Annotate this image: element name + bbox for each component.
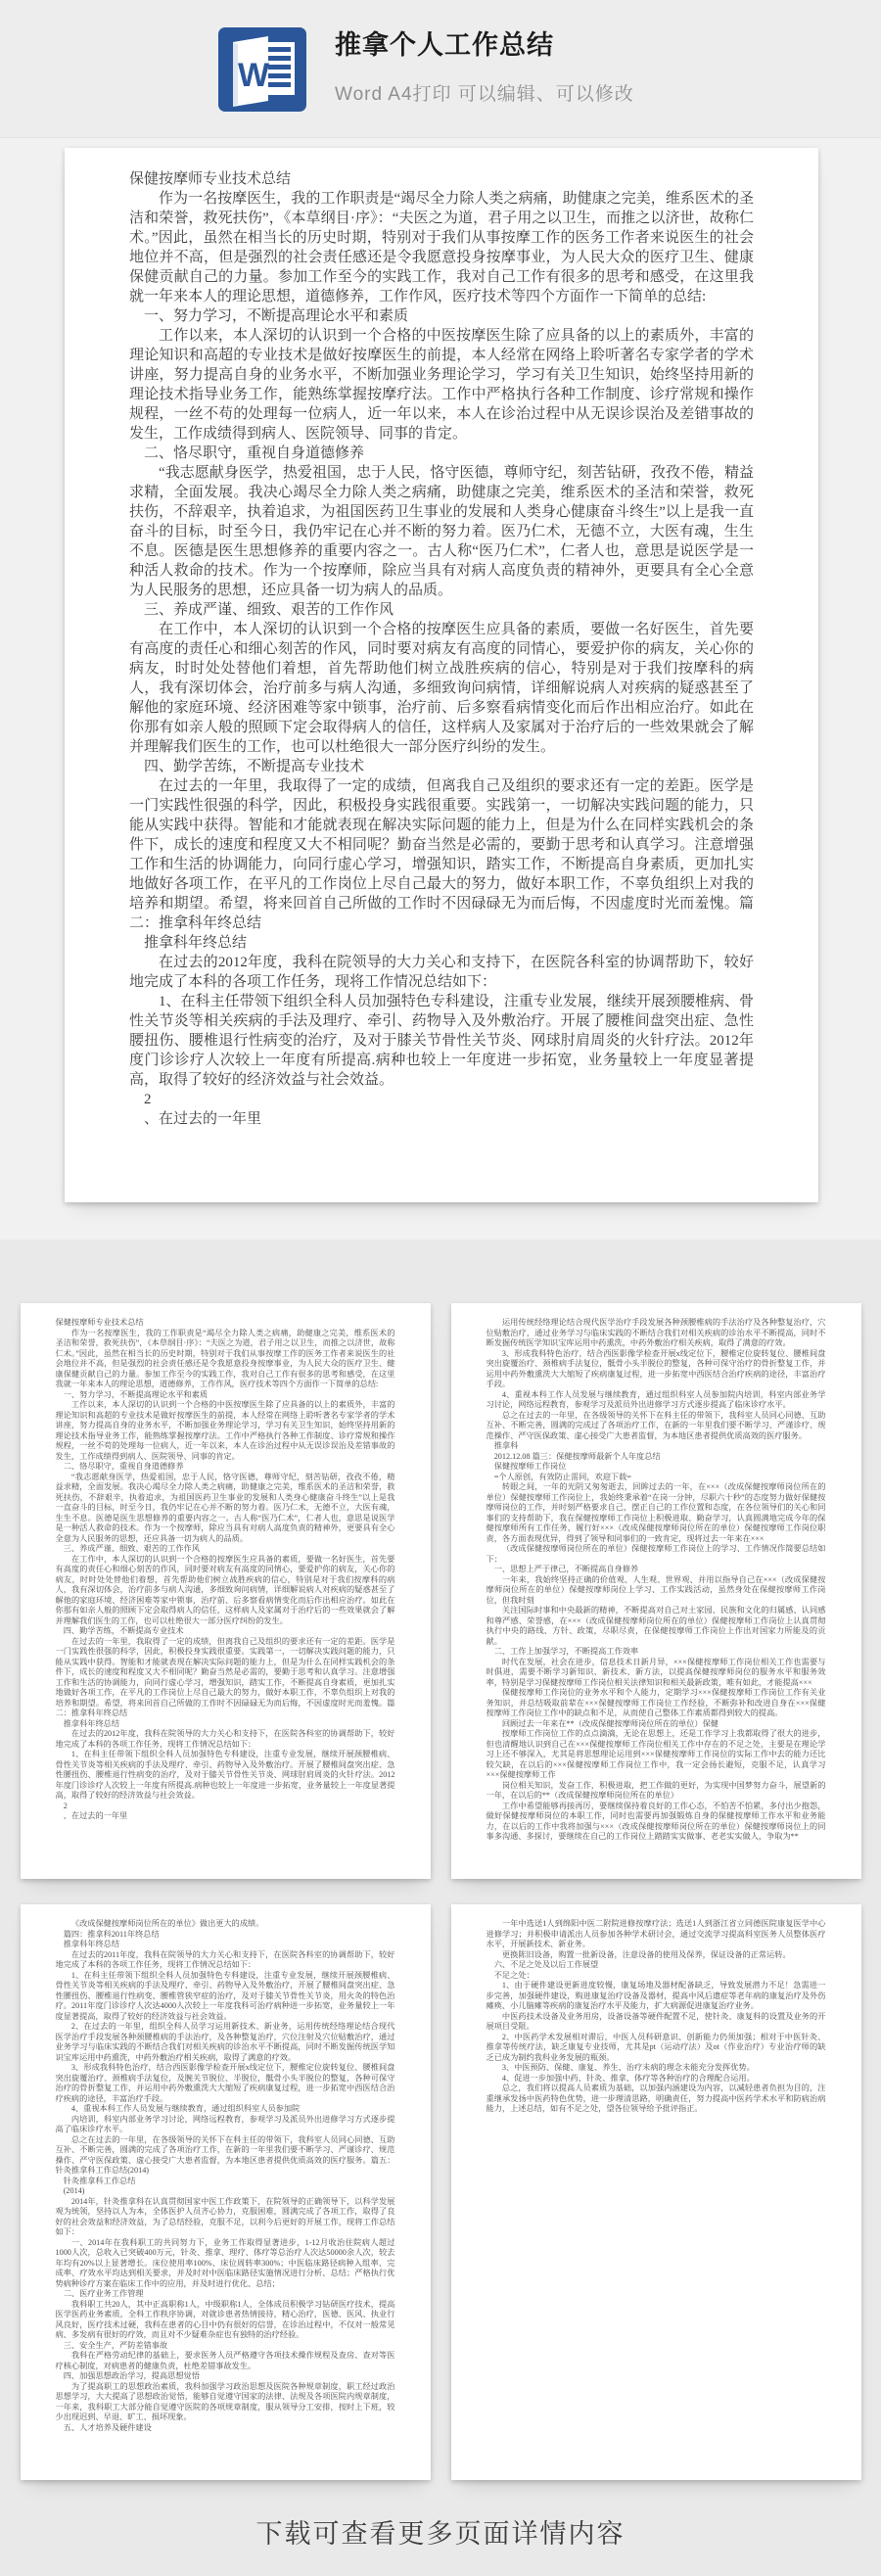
doc-paragraph: 在过去的2012年度，我科在院领导的大力关心和支持下，在医院各科室的协调帮助下，… — [129, 953, 754, 992]
doc-paragraph: 我科在严格劳动纪律的基础上，要求医务人员严格遵守各项技术操作规程及查房、查对等医… — [56, 2351, 395, 2371]
doc-paragraph: 五、人才培养及硬件建设 — [56, 2423, 395, 2434]
doc-paragraph: 推拿科 — [487, 1441, 826, 1452]
doc-paragraph: 3、形成我科特色治疗，结合西医影像学检查开展x线定位下，腰椎定位旋转复位、腰椎间… — [487, 1349, 826, 1390]
doc-paragraph: 推拿科年终总结 — [56, 1719, 395, 1730]
doc-paragraph: 2、在过去的一年里，组织全科人员学习运用新技术、新业务，运用传统经络理论结合现代… — [56, 2022, 395, 2063]
doc-paragraph: 1、在科主任带领下组织全科人员加强特色专科建设，注重专业发展，继续开展颈腰椎病、… — [56, 1750, 395, 1802]
doc-paragraph: 保健按摩师专业技术总结 — [56, 1318, 395, 1329]
doc-paragraph: 2014年，针灸推拿科在认真贯彻国家中医工作政策下，在院领导的正确领导下，以科学… — [56, 2197, 395, 2238]
doc-paragraph: 总之在过去的一年里，在各级领导的关怀下在科主任的带领下，我科室人员同心同德、互助… — [487, 1411, 826, 1442]
doc-paragraph: 关注国际时事和中央最新的精神，不断提高对自己对土家园、民族和文化的归属感、认同感… — [487, 1606, 826, 1647]
doc-paragraph: 2012.12.08 篇三：保健按摩师最新个人年度总结 — [487, 1452, 826, 1463]
doc-paragraph: 一年中选送1人到绵阳中医二附院进修按摩疗法；选送1人到浙江省立同德医院康复医学中… — [487, 1919, 826, 1950]
doc-paragraph: 四、勤学苦练，不断提高专业技术 — [56, 1626, 395, 1637]
document-title: 推拿个人工作总结 — [335, 23, 554, 62]
doc-paragraph: 工作中希望能够再接再厉，要继续保持着良好的工作心态，不怕苦不怕累，多付出少抱怨，… — [487, 1802, 826, 1843]
doc-paragraph: 三、养成严谨、细致、艰苦的工作作风 — [129, 600, 754, 620]
doc-paragraph: 、在过去的一年里 — [129, 1109, 754, 1129]
doc-paragraph: 保健按摩师工作岗位的业务水平和个人能力，定期学习×××保健按摩师工作岗位工作有关… — [487, 1688, 826, 1719]
doc-paragraph: “我志愿献身医学，热爱祖国，忠于人民，恪守医德，尊师守纪，刻苦钻研，孜孜不倦，精… — [56, 1473, 395, 1545]
doc-paragraph: 一、2014年在我科职工的共同努力下，业务工作取得显著进步，1-12月收治住院病… — [56, 2238, 395, 2290]
doc-paragraph: 针灸推拿科工作总结 — [56, 2177, 395, 2187]
doc-paragraph: 二、医疗业务工作管理 — [56, 2289, 395, 2300]
doc-paragraph: 一年来，我始终坚持正确的价值观、人生观、世界观、并用以指导自己在×××（改成保健… — [487, 1575, 826, 1607]
doc-paragraph: “我志愿献身医学，热爱祖国，忠于人民，恪守医德，尊师守纪，刻苦钻研，孜孜不倦，精… — [129, 463, 754, 600]
doc-paragraph: 中医药技术设备及业务用房，设备设备等硬件配置不足，使针灸、康复科的设置及业务的开… — [487, 2012, 826, 2033]
doc-paragraph: 四、勤学苦练，不断提高专业技术 — [129, 757, 754, 776]
doc-paragraph: 二、恪尽职守，重视自身道德修养 — [129, 444, 754, 463]
doc-paragraph: 在工作中，本人深切的认识到一个合格的按摩医生应具备的素质，要做一名好医生，首先要… — [129, 620, 754, 757]
doc-paragraph: 一、努力学习，不断提高理论水平和素质 — [56, 1390, 395, 1401]
doc-paragraph: 二、恪尽职守，重视自身道德修养 — [56, 1462, 395, 1473]
main-preview-section: 保健按摩师专业技术总结作为一名按摩医生，我的工作职责是“竭尽全力除人类之病痛，助… — [0, 138, 881, 1240]
footer-note: 下载可查看更多页面详情内容 — [0, 2512, 881, 2551]
doc-paragraph: 1、在科主任带领下组织全科人员加强特色专科建设，注重专业发展，继续开展颈腰椎病、… — [56, 1971, 395, 2023]
doc-paragraph: 总之，我们将以提高人员素质为基础，以加强内涵建设为内容，以减轻患者负担为目的，注… — [487, 2084, 826, 2115]
doc-paragraph: 在工作中，本人深切的认识到一个合格的按摩医生应具备的素质，要做一名好医生，首先要… — [56, 1555, 395, 1627]
page-thumbnail-2[interactable]: 运用传统经络理论结合现代医学治疗手段发展各种颈腰椎病的手法治疗及各种整复治疗，穴… — [451, 1303, 861, 1879]
doc-paragraph: 四、加强思想政治学习，提高思想觉悟 — [56, 2371, 395, 2382]
doc-paragraph: 4、重视本科工作人员发展与继续教育，通过组织科室人员参加院 — [56, 2104, 395, 2115]
doc-paragraph: 内培训，科室内部业务学习讨论，网络远程教育，参观学习及派员外出进修学习方式逐步提… — [56, 2115, 395, 2135]
doc-paragraph: 一、思想上严于律己，不断提高自身修养 — [487, 1565, 826, 1575]
doc-paragraph: 作为一名按摩医生，我的工作职责是“竭尽全力除人类之病痛，助健康之完美，维系医术的… — [56, 1329, 395, 1390]
doc-paragraph: 在过去的2012年度，我科在院领导的大力关心和支持下，在医院各科室的协调帮助下，… — [56, 1729, 395, 1750]
doc-paragraph: 4、重视本科工作人员发展与继续教育，通过组织科室人员参加院内培训，科室内部业务学… — [487, 1390, 826, 1411]
doc-paragraph: 一、努力学习，不断提高理论水平和素质 — [129, 306, 754, 326]
doc-paragraph: 三、安全生产，严防差错事故 — [56, 2341, 395, 2352]
doc-paragraph: 总之在过去的一年里，在各级领导的关怀下在科主任的带领下，我科室人员同心同德、互助… — [56, 2135, 395, 2177]
doc-paragraph: 3、形成我科特色治疗，结合西医影像学检查开展x线定位下，腰椎定位旋转复位、腰椎间… — [56, 2063, 395, 2104]
thumbnail-grid: 保健按摩师专业技术总结作为一名按摩医生，我的工作职责是“竭尽全力除人类之病痛，助… — [0, 1303, 881, 2480]
doc-paragraph: 、在过去的一年里 — [56, 1811, 395, 1822]
doc-paragraph: 回顾过去一年来在**（改成保健按摩师岗位所在的单位）保健 — [487, 1719, 826, 1730]
document-subtitle: Word A4打印 可以编辑、可以修改 — [335, 79, 634, 106]
doc-paragraph: 在过去的2011年度，我科在院领导的大力关心和支持下，在医院各科室的协调帮助下，… — [56, 1950, 395, 1971]
page-root: W 推拿个人工作总结 Word A4打印 可以编辑、可以修改 保健按摩师专业技术… — [0, 0, 881, 2576]
thumbnails-section: 保健按摩师专业技术总结作为一名按摩医生，我的工作职责是“竭尽全力除人类之病痛，助… — [0, 1240, 881, 2551]
doc-paragraph: （改成保健按摩师岗位所在的单位）保健按摩师工作岗位上的学习、工作情况作简要总结如… — [487, 1544, 826, 1565]
doc-paragraph: 推拿科年终总结 — [129, 933, 754, 953]
doc-paragraph: 《改成保健按摩师岗位所在的单位》做出更大的成绩。 — [56, 1919, 395, 1930]
doc-paragraph: 篇四：推拿科2011年终总结 — [56, 1930, 395, 1941]
doc-paragraph: 转眼之间，一年的光阴又匆匆逝去，回眸过去的一年，在×××（改成保健按摩师岗位所在… — [487, 1482, 826, 1544]
doc-paragraph: 在过去的一年里，我取得了一定的成绩，但离我自己及组织的要求还有一定的差距。医学是… — [56, 1637, 395, 1719]
doc-paragraph: 2 — [129, 1090, 754, 1109]
doc-paragraph: 1、由于硬件建设更新进度较慢，康复场地及器材配备缺乏，导致发展潜力不足！急需进一… — [487, 1981, 826, 2012]
doc-paragraph: 2、中医药学术发展相对滞后，中医人员科研意识、创新能力仍须加强；相对于中医针灸、… — [487, 2033, 826, 2064]
doc-paragraph: 3、中医预防、保健、康复、养生、治疗未病的理念未能充分发挥优势。 — [487, 2063, 826, 2074]
svg-text:W: W — [238, 57, 270, 94]
word-file-icon: W — [218, 27, 306, 112]
doc-paragraph: 运用传统经络理论结合现代医学治疗手段发展各种颈腰椎病的手法治疗及各种整复治疗，穴… — [487, 1318, 826, 1349]
doc-paragraph: 在过去的一年里，我取得了一定的成绩，但离我自己及组织的要求还有一定的差距。医学是… — [129, 776, 754, 933]
page-thumbnail-4[interactable]: 一年中选送1人到绵阳中医二附院进修按摩疗法；选送1人到浙江省立同德医院康复医学中… — [451, 1904, 861, 2480]
doc-paragraph: 保健按摩师工作岗位 — [487, 1462, 826, 1473]
header: W 推拿个人工作总结 Word A4打印 可以编辑、可以修改 — [0, 0, 881, 138]
document-page-preview[interactable]: 保健按摩师专业技术总结作为一名按摩医生，我的工作职责是“竭尽全力除人类之病痛，助… — [65, 148, 818, 1202]
doc-paragraph: 我科职工共20人，其中正高职称1人，中级职称1人，全体成员积极学习钻研医疗技术，… — [56, 2300, 395, 2341]
doc-paragraph: 更换陈旧设备，购置一批新设备，注意设备的使用及保养，保证设备的正常运转。 — [487, 1950, 826, 1961]
doc-paragraph: 按摩师工作岗位工作的点点滴滴，无论在思想上，还是工作学习上我都取得了很大的进步，… — [487, 1729, 826, 1781]
doc-paragraph: 六、不足之处及以后工作展望 — [487, 1960, 826, 1971]
doc-paragraph: 2 — [56, 1802, 395, 1812]
doc-paragraph: 推拿科年终总结 — [56, 1940, 395, 1950]
doc-paragraph: 1、在科主任带领下组织全科人员加强特色专科建设，注重专业发展，继续开展颈腰椎病、… — [129, 992, 754, 1090]
page-thumbnail-3[interactable]: 《改成保健按摩师岗位所在的单位》做出更大的成绩。篇四：推拿科2011年终总结推拿… — [21, 1904, 431, 2480]
doc-paragraph: (2014) — [56, 2186, 395, 2197]
doc-paragraph: 岗位相关知识，发奋工作，积极进取，把工作做的更好，为实现中国梦努力奋斗，展望新的… — [487, 1781, 826, 1802]
doc-paragraph: 不足之处： — [487, 1971, 826, 1982]
doc-paragraph: 工作以来，本人深切的认识到一个合格的中医按摩医生除了应具备的以上的素质外，丰富的… — [56, 1400, 395, 1462]
doc-paragraph: 时代在发展，社会在进步，信息技术日新月异，×××保健按摩师工作岗位相关工作也需要… — [487, 1658, 826, 1689]
doc-paragraph: 二、工作上加强学习，不断提高工作效率 — [487, 1647, 826, 1658]
doc-paragraph: =个人原创，有效防止雷同，欢迎下载= — [487, 1473, 826, 1483]
doc-paragraph: 为了提高职工的思想政治素质，我科加强学习政治思想及医院各种规章制度，职工经过政治… — [56, 2382, 395, 2423]
doc-paragraph: 作为一名按摩医生，我的工作职责是“竭尽全力除人类之病痛，助健康之完美，维系医术的… — [129, 189, 754, 306]
doc-paragraph: 三、养成严谨、细致、艰苦的工作作风 — [56, 1544, 395, 1555]
doc-paragraph: 4、促进一步加强中药、针灸、推拿、体疗等各种治疗的合理配合运用。 — [487, 2074, 826, 2084]
doc-paragraph: 保健按摩师专业技术总结 — [129, 169, 754, 189]
page-thumbnail-1[interactable]: 保健按摩师专业技术总结作为一名按摩医生，我的工作职责是“竭尽全力除人类之病痛，助… — [21, 1303, 431, 1879]
doc-paragraph: 工作以来，本人深切的认识到一个合格的中医按摩医生除了应具备的以上的素质外，丰富的… — [129, 326, 754, 444]
